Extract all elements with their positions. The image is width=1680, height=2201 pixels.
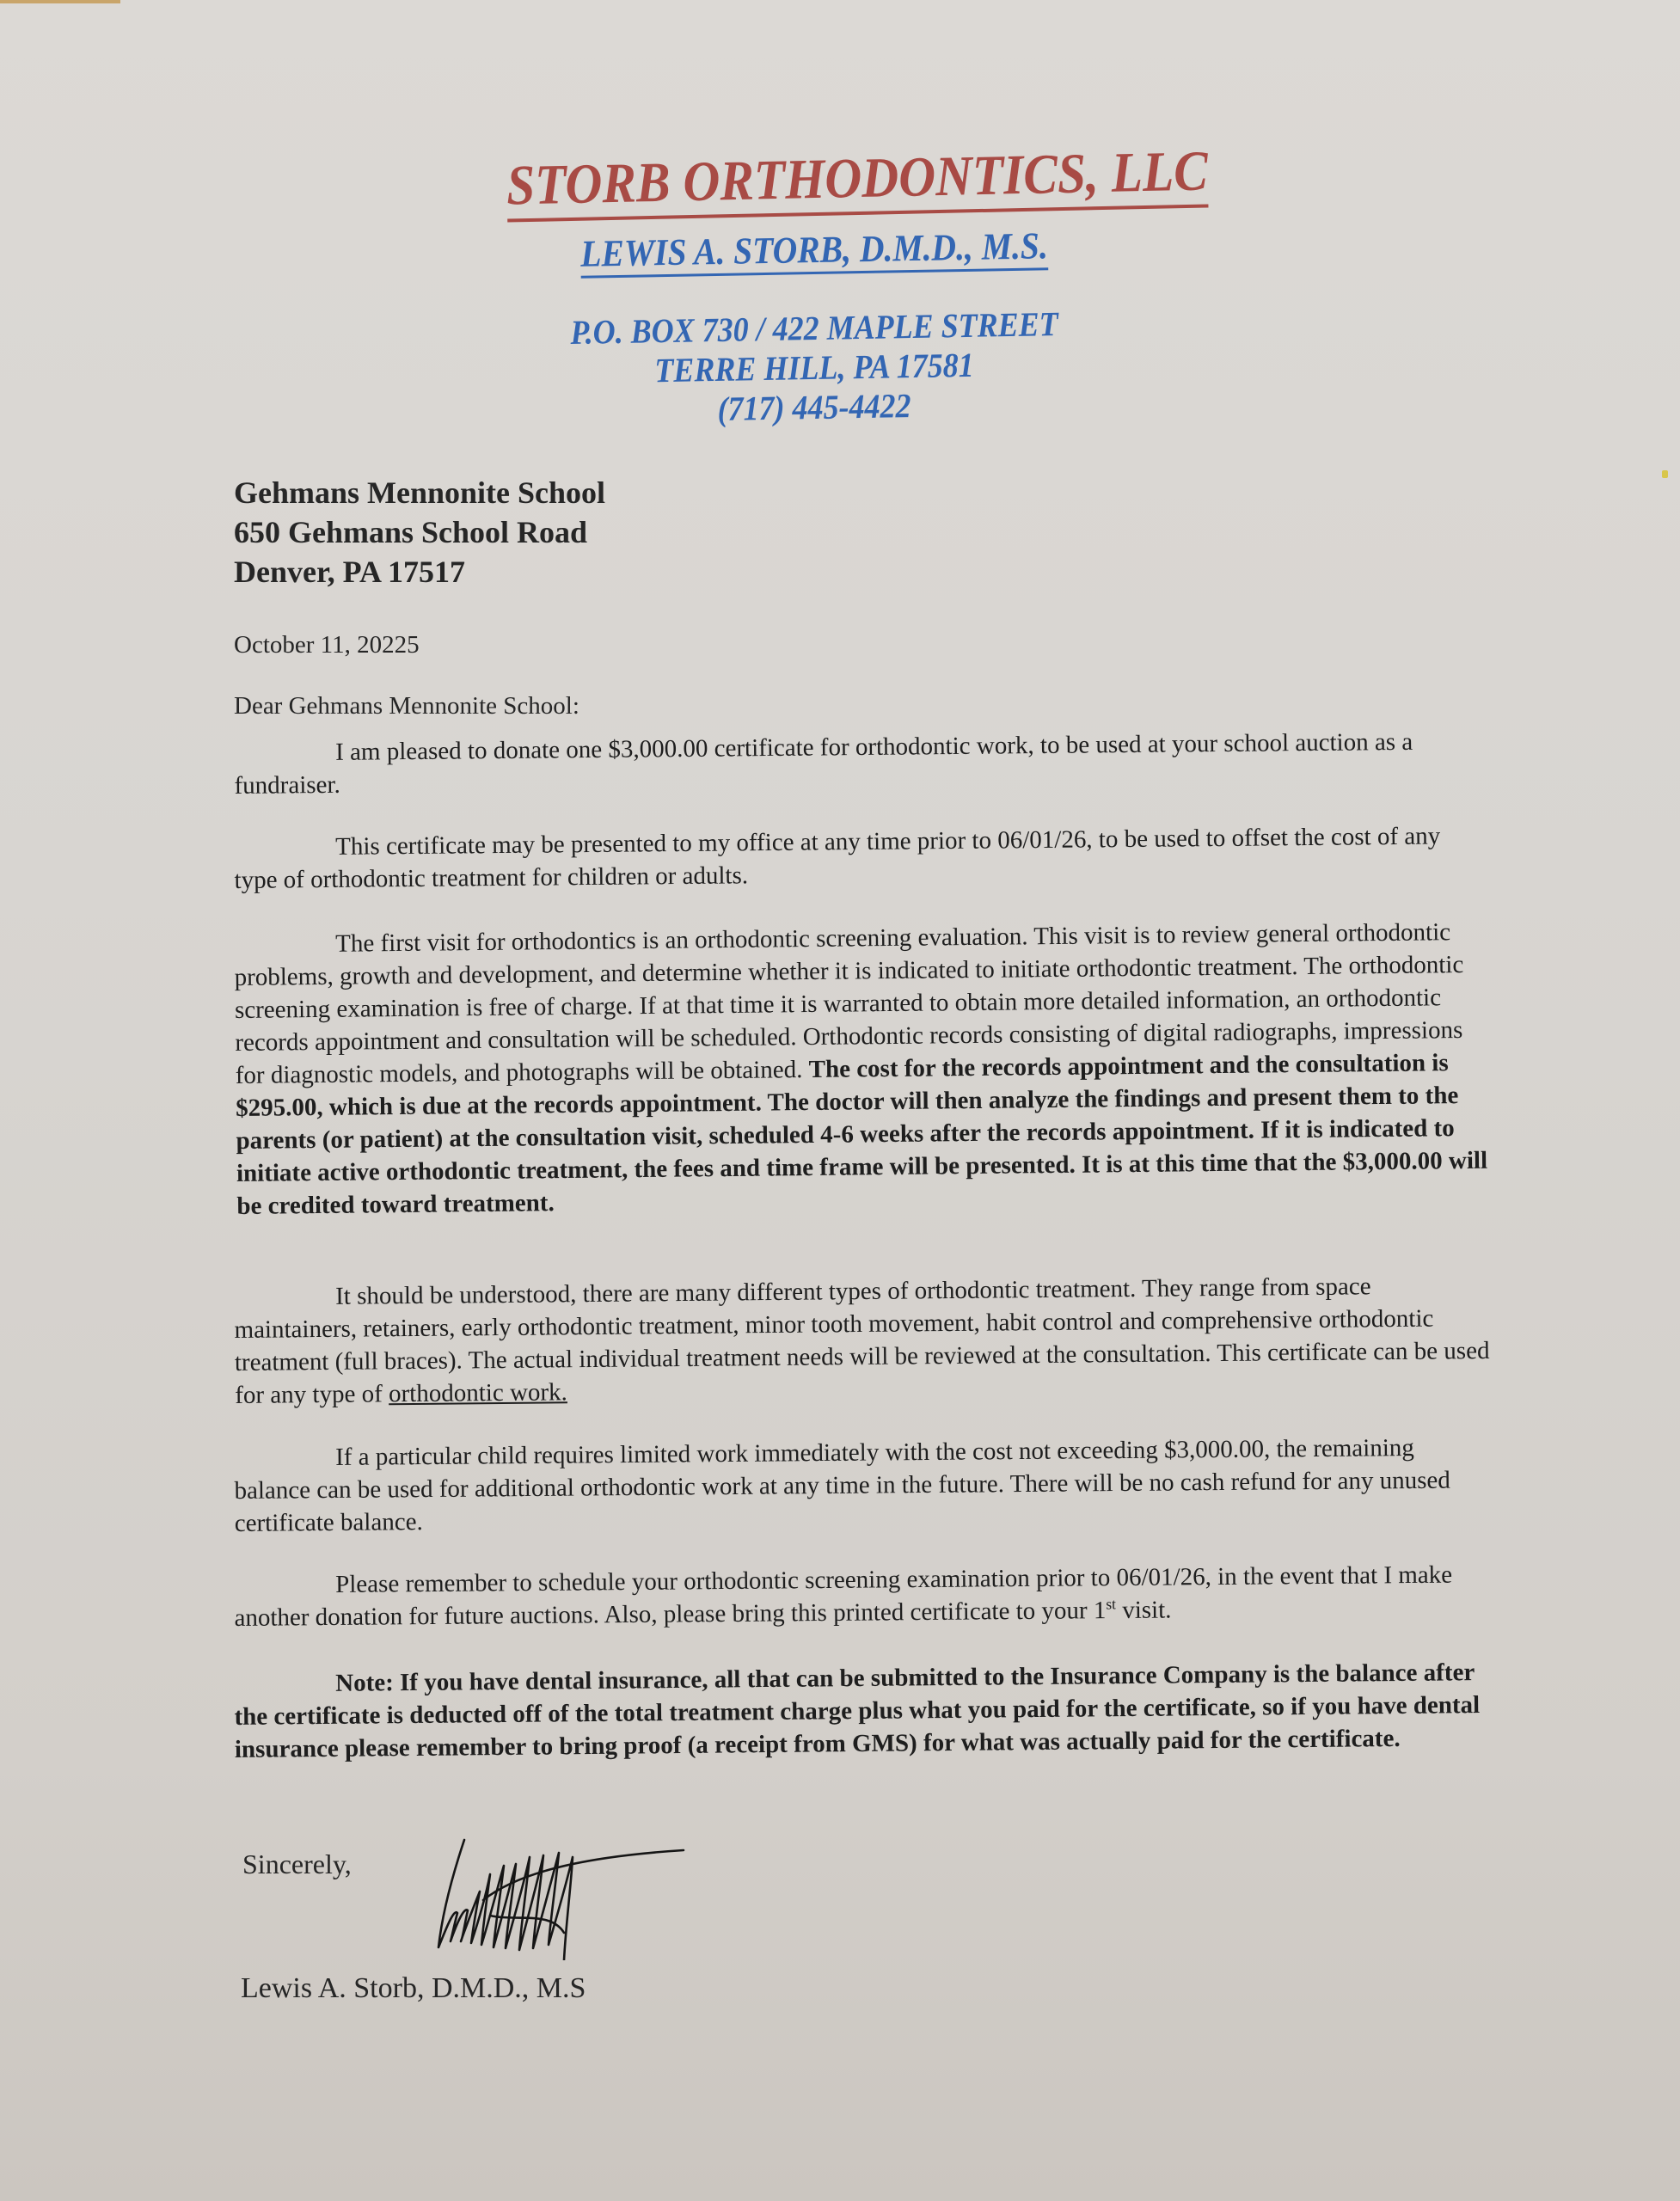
recipient-address: Gehmans Mennonite School 650 Gehmans Sch… [234,473,605,592]
closing: Sincerely, [242,1848,352,1880]
paper-speck [1662,470,1668,478]
recipient-name: Gehmans Mennonite School [234,473,605,512]
paragraph-text: I am pleased to donate one $3,000.00 cer… [234,725,1490,802]
ordinal-superscript: st [1106,1595,1116,1612]
paper-edge [0,0,120,3]
letter-date: October 11, 20225 [234,631,420,659]
paragraph-donation: I am pleased to donate one $3,000.00 cer… [234,725,1490,802]
paragraph-regular-text-end: visit. [1116,1596,1172,1624]
paragraph-regular-text: Please remember to schedule your orthodo… [234,1561,1452,1632]
doctor-name: LEWIS A. STORB, D.M.D., M.S. [580,224,1048,278]
recipient-street: 650 Gehmans School Road [234,512,605,552]
paragraph-text: Note: If you have dental insurance, all … [234,1656,1490,1766]
paragraph-remaining-balance: If a particular child requires limited w… [234,1431,1490,1540]
paragraph-text: It should be understood, there are many … [234,1269,1490,1412]
recipient-city: Denver, PA 17517 [234,552,605,592]
paragraph-validity: This certificate may be presented to my … [234,819,1490,897]
paragraph-text: If a particular child requires limited w… [234,1431,1490,1540]
signature-icon [404,1831,851,1960]
paragraph-text: This certificate may be presented to my … [234,819,1490,897]
paragraph-insurance-note: Note: If you have dental insurance, all … [234,1656,1490,1766]
paragraph-first-visit: The first visit for orthodontics is an o… [234,916,1493,1223]
signer-name: Lewis A. Storb, D.M.D., M.S [241,1972,586,2005]
paragraph-treatment-types: It should be understood, there are many … [234,1269,1490,1412]
paragraph-reminder: Please remember to schedule your orthodo… [234,1558,1490,1634]
paragraph-text: Please remember to schedule your orthodo… [234,1558,1490,1634]
paragraph-underlined-text: orthodontic work. [389,1378,567,1407]
salutation: Dear Gehmans Mennonite School: [234,692,579,720]
paragraph-text: The first visit for orthodontics is an o… [234,916,1493,1223]
